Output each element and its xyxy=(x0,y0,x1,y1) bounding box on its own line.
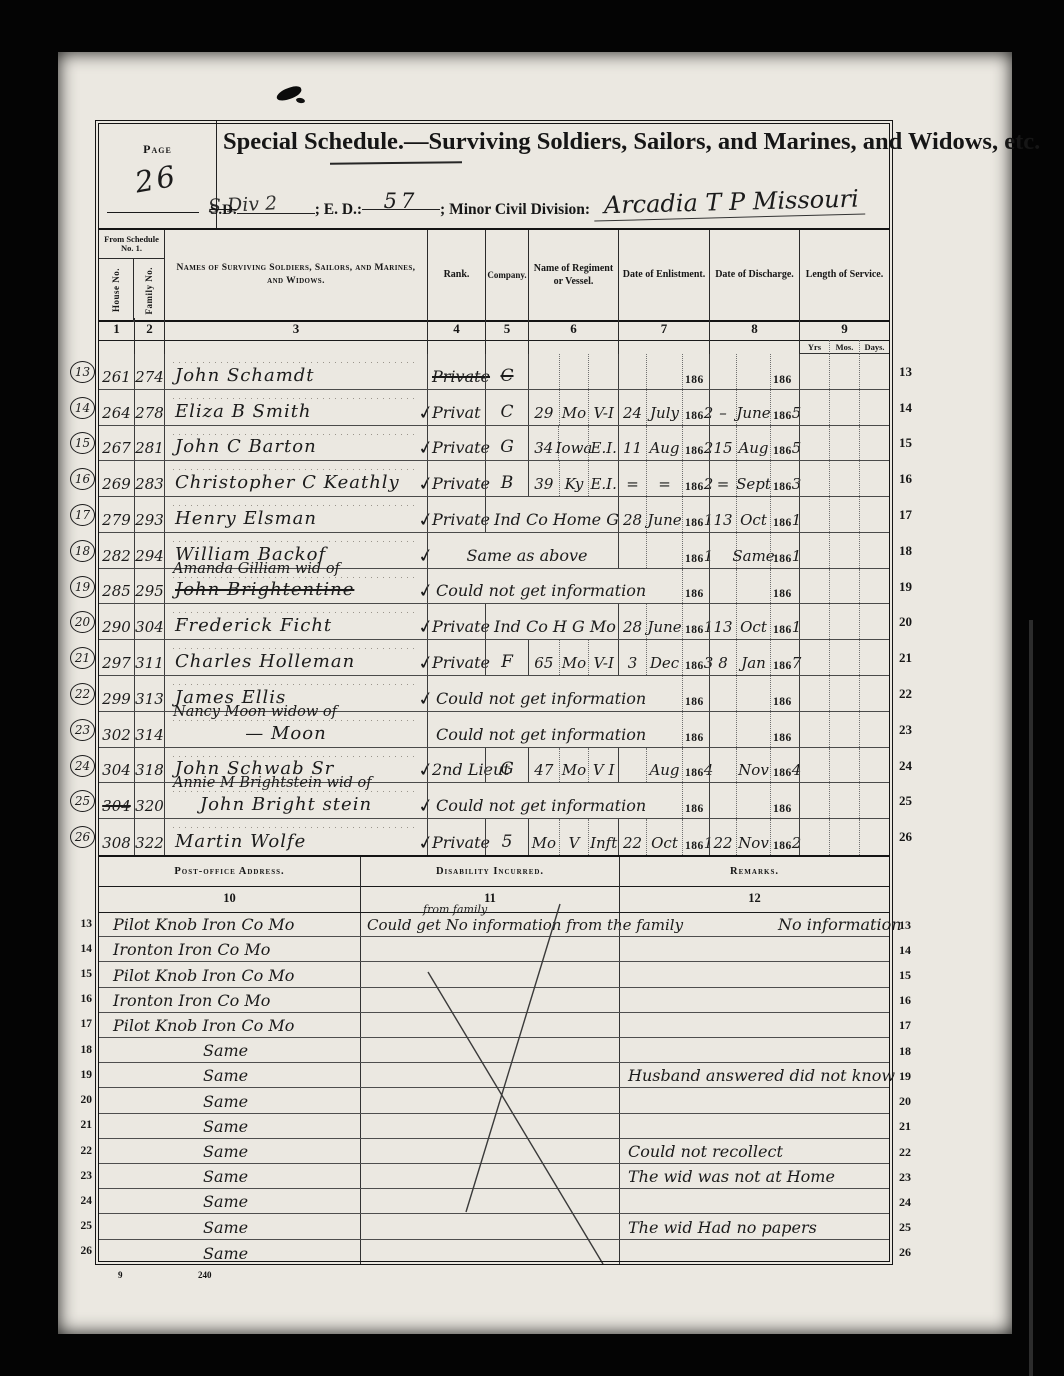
disability-cell xyxy=(360,1013,619,1037)
house-no-cell: 297 xyxy=(99,640,134,675)
remarks: No information xyxy=(778,915,902,934)
family-no-cell: 320 xyxy=(134,783,164,818)
company-header: Company. xyxy=(485,230,528,320)
company: G xyxy=(500,759,514,779)
discharge-year-printed: 186 xyxy=(773,517,792,529)
house-no-cell: 299 xyxy=(99,676,134,711)
enlist-month-cell: Aug xyxy=(646,426,682,461)
discharge-year-cell: 186 xyxy=(770,569,799,604)
house-no: 299 xyxy=(102,690,131,708)
house-no-cell: 264 xyxy=(99,390,134,425)
row-number-circled: 17 xyxy=(70,504,95,526)
enlist-month-cell: = xyxy=(646,461,682,496)
service-cell xyxy=(859,426,889,461)
enlist-day-cell xyxy=(618,354,646,389)
family-no: 314 xyxy=(135,726,164,744)
discharge-day-cell: 8 xyxy=(709,640,736,675)
enlist-year-printed: 186 xyxy=(685,840,704,852)
rank: Private xyxy=(428,653,490,672)
discharge-year-cell: 186 xyxy=(770,783,799,818)
schedule-title: Special Schedule.—Surviving Soldiers, Sa… xyxy=(223,128,883,156)
soldier-name: Christopher C Keathly xyxy=(175,472,400,493)
regiment-text: 34 xyxy=(534,439,553,457)
soldier-row: 269283Christopher C Keathly✓PrivateB39Ky… xyxy=(99,461,889,497)
regiment-part xyxy=(588,354,618,389)
service-sub-yrs: Yrs xyxy=(799,340,829,354)
spacer xyxy=(709,340,799,354)
discharge-year-printed: 186 xyxy=(773,767,792,779)
disability-header: Disability Incurred. xyxy=(360,857,619,886)
company: F xyxy=(501,652,513,672)
house-no: 264 xyxy=(102,404,131,422)
enlist-month: July xyxy=(650,404,679,422)
family-no: 294 xyxy=(135,547,164,565)
regiment-part: V-I xyxy=(588,640,618,675)
row-number-left: 14 xyxy=(74,943,92,955)
regiment-part: 34 xyxy=(529,426,558,461)
family-no-cell: 295 xyxy=(134,569,164,604)
row-number-right: 20 xyxy=(899,1094,921,1109)
house-no-cell: 261 xyxy=(99,354,134,389)
discharge-year-printed: 186 xyxy=(773,588,792,600)
house-no: 302 xyxy=(102,726,131,744)
page-number-handwritten: 26 xyxy=(132,159,180,200)
discharge-day-cell xyxy=(709,676,736,711)
enlist-year-printed: 186 xyxy=(685,803,704,815)
name-cell: Amanda Gilliam wid ofJohn Brightentine✓ xyxy=(164,569,427,604)
service-cell xyxy=(829,533,859,568)
discharge-year-printed: 186 xyxy=(773,803,792,815)
discharge-month: Aug xyxy=(738,439,768,457)
house-no: 269 xyxy=(102,475,131,493)
row-number-left: 15 xyxy=(74,968,92,980)
address-row: SameThe wid was not at Home xyxy=(99,1164,889,1189)
span-text: Could not get information xyxy=(436,725,646,744)
discharge-year-printed: 186 xyxy=(773,624,792,636)
address-cell: Same xyxy=(99,1063,360,1087)
rank: Private xyxy=(428,833,490,852)
soldier-name: John Brightentine xyxy=(175,579,354,600)
remarks-cell xyxy=(619,988,889,1012)
discharge-year-printed: 186 xyxy=(773,732,792,744)
spacer xyxy=(134,340,164,354)
col-number-9: 9 xyxy=(799,318,889,340)
disability-cell xyxy=(360,962,619,986)
disability-cell xyxy=(360,1088,619,1112)
discharge-month: Nov xyxy=(738,761,769,779)
row-number-circled: 19 xyxy=(70,576,95,598)
ink-smudge-small xyxy=(296,97,306,104)
service-sub-days: Days. xyxy=(859,340,889,354)
regiment-cell: 47MoV I xyxy=(528,748,618,783)
soldier-rows: 261274John SchamdtPrivateC186186264278El… xyxy=(99,354,889,855)
disability-cell xyxy=(360,937,619,961)
sd-group: S.D.S Div 2 xyxy=(210,202,237,218)
house-no-cell: 285 xyxy=(99,569,134,604)
address-row: Ironton Iron Co Mo xyxy=(99,937,889,962)
name-cell: Eliza B Smith✓ xyxy=(164,390,427,425)
service-cell xyxy=(859,497,889,532)
family-no-cell: 304 xyxy=(134,604,164,639)
service-sub-mos: Mos. xyxy=(829,340,859,354)
regiment-text: Mo xyxy=(562,654,586,672)
family-no: 274 xyxy=(135,368,164,386)
discharge-year-cell: 186 xyxy=(770,712,799,747)
enlist-month-cell: July xyxy=(646,390,682,425)
row-number-right: 26 xyxy=(899,829,921,845)
row-number-left: 18 xyxy=(74,1044,92,1056)
discharge-year-printed: 186 xyxy=(773,481,792,493)
discharge-month: Jan xyxy=(741,654,766,672)
row-number-circled: 14 xyxy=(70,397,95,419)
remarks-cell xyxy=(619,937,889,961)
rank: Private xyxy=(428,438,490,457)
discharge-day: 22 xyxy=(713,834,732,852)
house-no: 304 xyxy=(102,797,131,815)
regiment-part: 39 xyxy=(529,461,559,496)
row-number-right: 22 xyxy=(899,686,921,702)
spacer xyxy=(99,340,134,354)
address: Same xyxy=(203,1117,248,1136)
address: Same xyxy=(203,1192,248,1211)
address: Ironton Iron Co Mo xyxy=(113,991,270,1010)
enlist-day-cell: 11 xyxy=(618,426,646,461)
regiment-text: V xyxy=(569,834,580,852)
ed-underline: 57 xyxy=(362,195,440,210)
span-text: Ind Co Home G xyxy=(494,510,619,529)
enlist-day: 3 xyxy=(628,654,638,672)
remarks: Husband answered did not know xyxy=(628,1066,895,1085)
company-cell: G xyxy=(485,426,528,461)
house-no-cell: 308 xyxy=(99,819,134,855)
discharge-month-cell: June xyxy=(736,390,770,425)
regiment-label: Name of Regiment or Vessel. xyxy=(531,262,616,289)
name-cell: Martin Wolfe✓ xyxy=(164,819,427,855)
spacer xyxy=(618,340,709,354)
house-no: 285 xyxy=(102,582,131,600)
address: Pilot Knob Iron Co Mo xyxy=(113,915,294,934)
span-text: Same as above xyxy=(467,546,588,565)
remarks-cell xyxy=(619,1038,889,1062)
regiment-text: V-I xyxy=(593,654,613,672)
regiment-text: E.I. xyxy=(590,475,616,493)
enlist-day: 24 xyxy=(623,404,642,422)
scan-edge-artifact xyxy=(1029,620,1033,1376)
regiment-part: E.I. xyxy=(588,426,618,461)
name-cell: Christopher C Keathly✓ xyxy=(164,461,427,496)
title-rule xyxy=(330,161,462,164)
col-number-11: 11 xyxy=(360,884,619,912)
enlist-month-cell xyxy=(646,354,682,389)
discharge-day: 15 xyxy=(713,439,732,457)
page-number-line xyxy=(107,212,199,213)
house-no-cell: 267 xyxy=(99,426,134,461)
remarks-cell xyxy=(619,1114,889,1138)
service-cell xyxy=(829,569,859,604)
service-cell xyxy=(799,604,829,639)
row-number-circled: 18 xyxy=(70,540,95,562)
widow-of-line: Annie M Brightstein wid of xyxy=(173,775,372,791)
discharge-month-cell: Jan xyxy=(736,640,770,675)
regiment-text: Mo xyxy=(532,834,556,852)
service-header: Length of Service. xyxy=(799,230,889,320)
discharge-year-printed: 186 xyxy=(773,696,792,708)
row-number-right: 18 xyxy=(899,1044,921,1059)
row-number-circled: 23 xyxy=(70,719,95,741)
discharge-month-cell: Sept xyxy=(736,461,770,496)
family-no-label: Family No. xyxy=(144,267,154,315)
address-cell: Pilot Knob Iron Co Mo xyxy=(99,962,360,986)
rank-cell: Private xyxy=(427,426,485,461)
regiment-part: 29 xyxy=(529,390,559,425)
house-no-cell: 290 xyxy=(99,604,134,639)
address: Same xyxy=(203,1167,248,1186)
regiment-part: Mo xyxy=(559,390,589,425)
disability-cell xyxy=(360,1114,619,1138)
discharge-month: Oct xyxy=(740,618,767,636)
row-number-right: 23 xyxy=(899,1170,921,1185)
row-number-right: 24 xyxy=(899,758,921,774)
regiment-cell xyxy=(528,354,618,389)
enlist-day: 11 xyxy=(623,439,642,457)
company-cell: C xyxy=(485,354,528,389)
service-cell xyxy=(859,461,889,496)
regiment-text: Iowa xyxy=(556,439,593,457)
regiment-text: Mo xyxy=(562,761,586,779)
house-no-cell: 304 xyxy=(99,783,134,818)
service-cell xyxy=(859,640,889,675)
company-cell: B xyxy=(485,461,528,496)
soldier-row: 264278Eliza B Smith✓PrivatC29MoV-I24July… xyxy=(99,390,889,426)
same-as-above-span: Same as above xyxy=(427,533,618,568)
discharge-year-cell: 186 xyxy=(770,354,799,389)
discharge-month: Sept xyxy=(736,475,771,493)
discharge-month-cell xyxy=(736,712,770,747)
regiment-span: Ind Co Home G xyxy=(485,497,618,532)
regiment-part: E.I. xyxy=(588,461,618,496)
soldier-name: Charles Holleman xyxy=(175,651,355,672)
span-text: Ind Co H G Mo xyxy=(494,617,616,636)
col-number-1: 1 xyxy=(99,318,134,340)
row-number-left: 24 xyxy=(74,1195,92,1207)
row-number-right: 16 xyxy=(899,471,921,487)
enlist-year-cell: 1861 xyxy=(682,533,709,568)
remarks-cell xyxy=(619,1013,889,1037)
row-number-right: 25 xyxy=(899,1220,921,1235)
row-number-left: 25 xyxy=(74,1220,92,1232)
discharge-year-printed: 186 xyxy=(773,410,792,422)
enlist-year-printed: 186 xyxy=(685,517,704,529)
address-row: Same xyxy=(99,1114,889,1139)
regiment-cell: 65MoV-I xyxy=(528,640,618,675)
rank: Private xyxy=(428,617,490,636)
rank-cell: Private xyxy=(427,497,485,532)
rank-cell: Private xyxy=(427,640,485,675)
disability-cell xyxy=(360,1139,619,1163)
discharge-day-cell: 13 xyxy=(709,604,736,639)
discharge-day-cell: = xyxy=(709,461,736,496)
enlist-year-cell: 1862 xyxy=(682,461,709,496)
rank-cell: 2nd Lieut xyxy=(427,748,485,783)
family-no-cell: 281 xyxy=(134,426,164,461)
row-number-right: 21 xyxy=(899,650,921,666)
enlist-day-cell: 22 xyxy=(618,819,646,855)
enlist-year-printed: 186 xyxy=(685,767,704,779)
row-number-right: 13 xyxy=(899,364,921,380)
row-number-right: 19 xyxy=(899,1069,921,1084)
enlist-year-printed: 186 xyxy=(685,445,704,457)
address-row: Same xyxy=(99,1189,889,1214)
enlist-year-printed: 186 xyxy=(685,732,704,744)
remarks-cell xyxy=(619,1189,889,1213)
service-cell xyxy=(799,748,829,783)
service-cell xyxy=(829,712,859,747)
col-number-3: 3 xyxy=(164,318,427,340)
rank-label: Rank. xyxy=(444,268,470,282)
page-number-box: Page 26 xyxy=(99,120,217,228)
row-number-circled: 25 xyxy=(70,790,95,812)
regiment-text: 29 xyxy=(534,404,553,422)
enlistment-label: Date of Enlistment. xyxy=(623,268,706,282)
row-number-right: 15 xyxy=(899,435,921,451)
address: Same xyxy=(203,1142,248,1161)
service-cell xyxy=(859,354,889,389)
address: Ironton Iron Co Mo xyxy=(113,940,270,959)
disability-cell xyxy=(360,1240,619,1265)
disability-cell xyxy=(360,1214,619,1238)
address-header: Post-office Address. xyxy=(99,857,360,886)
enlist-day: = xyxy=(626,475,639,493)
enlist-month: Dec xyxy=(650,654,679,672)
span-text: Could not get information xyxy=(436,689,646,708)
service-cell xyxy=(829,604,859,639)
service-cell xyxy=(829,354,859,389)
row-number-circled: 21 xyxy=(70,647,95,669)
service-cell xyxy=(829,819,859,855)
service-cell xyxy=(829,426,859,461)
no-information-span: Could not get information xyxy=(427,569,682,604)
service-cell xyxy=(859,533,889,568)
enlist-year-cell: 1862 xyxy=(682,426,709,461)
soldier-name: Martin Wolfe xyxy=(175,831,306,852)
enlist-day-cell: 28 xyxy=(618,497,646,532)
regiment-part: Inft xyxy=(588,819,618,855)
enlist-month-cell: June xyxy=(646,497,682,532)
discharge-month: Same xyxy=(732,547,774,565)
company-cell: 5 xyxy=(485,819,528,855)
discharge-day-cell: 22 xyxy=(709,819,736,855)
row-number-left: 17 xyxy=(74,1018,92,1030)
row-number-right: 17 xyxy=(899,1018,921,1033)
house-no-cell: 279 xyxy=(99,497,134,532)
soldier-row: 261274John SchamdtPrivateC186186 xyxy=(99,354,889,390)
no-information-span: Could not get information xyxy=(427,783,682,818)
discharge-day: – xyxy=(719,404,727,422)
district-line: S.D.S Div 2; E. D.:57; Minor Civil Divis… xyxy=(210,192,970,222)
address-cell: Same xyxy=(99,1038,360,1062)
address-row: Same xyxy=(99,1088,889,1113)
remarks: The wid was not at Home xyxy=(628,1167,835,1186)
service-cell xyxy=(829,497,859,532)
family-no: 311 xyxy=(135,654,164,672)
col-number-8: 8 xyxy=(709,318,799,340)
row-number-circled: 20 xyxy=(70,611,95,633)
service-cell xyxy=(829,748,859,783)
soldier-row: 267281John C Barton✓PrivateG34IowaE.I.11… xyxy=(99,426,889,462)
row-number-circled: 22 xyxy=(70,683,95,705)
row-number-right: 19 xyxy=(899,579,921,595)
row-number-right: 21 xyxy=(899,1119,921,1134)
span-text: Could not get information xyxy=(436,581,646,600)
row-number-right: 20 xyxy=(899,614,921,630)
discharge-day-cell xyxy=(709,783,736,818)
col-number-10: 10 xyxy=(99,884,360,912)
enlist-day-cell: 24 xyxy=(618,390,646,425)
row-number-right: 25 xyxy=(899,793,921,809)
company: C xyxy=(500,402,513,422)
remarks-cell xyxy=(619,1240,889,1265)
family-no-cell: 278 xyxy=(134,390,164,425)
soldier-row: 290304Frederick Ficht✓PrivateInd Co H G … xyxy=(99,604,889,640)
address-row: SameHusband answered did not know xyxy=(99,1063,889,1088)
soldier-row: 308322Martin Wolfe✓Private5MoVInft22Oct1… xyxy=(99,819,889,855)
rank-cell: Private xyxy=(427,819,485,855)
enlist-day-cell xyxy=(618,533,646,568)
discharge-month-cell: Oct xyxy=(736,497,770,532)
discharge-header: Date of Discharge. xyxy=(709,230,799,320)
address-row: SameCould not recollect xyxy=(99,1139,889,1164)
service-cell xyxy=(859,783,889,818)
discharge-year-cell: 1861 xyxy=(770,497,799,532)
spacer xyxy=(164,340,427,354)
company-label: Company. xyxy=(487,269,526,281)
regiment-header: Name of Regiment or Vessel. xyxy=(528,230,618,320)
enlist-month: Aug xyxy=(649,439,679,457)
service-cell xyxy=(799,426,829,461)
discharge-year-printed: 186 xyxy=(773,553,792,565)
house-no-cell: 304 xyxy=(99,748,134,783)
rank: Privat xyxy=(428,403,481,422)
enlist-day: 28 xyxy=(623,511,642,529)
row-number-left: 26 xyxy=(74,1245,92,1257)
row-number-left: 22 xyxy=(74,1145,92,1157)
address: Same xyxy=(203,1092,248,1111)
discharge-year-cell: 1862 xyxy=(770,819,799,855)
row-number-right: 15 xyxy=(899,968,921,983)
address-cell: Same xyxy=(99,1164,360,1188)
col-number-7: 7 xyxy=(618,318,709,340)
page-label: Page xyxy=(99,142,216,157)
widow-of-line: Nancy Moon widow of xyxy=(173,704,337,720)
regiment-part: 65 xyxy=(529,640,559,675)
address-row: Pilot Knob Iron Co Mo xyxy=(99,962,889,987)
row-number-left: 23 xyxy=(74,1170,92,1182)
discharge-month: June xyxy=(736,404,770,422)
discharge-day: = xyxy=(717,475,730,493)
family-no: 322 xyxy=(135,834,164,852)
discharge-year-cell: 1867 xyxy=(770,640,799,675)
disability-cell xyxy=(360,1164,619,1188)
company: G xyxy=(500,437,514,457)
soldier-name: John Bright stein xyxy=(200,794,402,815)
service-cell xyxy=(799,783,829,818)
house-no: 261 xyxy=(102,368,131,386)
family-no-cell: 314 xyxy=(134,712,164,747)
ed-value: 57 xyxy=(384,189,419,213)
address: Same xyxy=(203,1244,248,1263)
company-cell: F xyxy=(485,640,528,675)
discharge-day-cell: 13 xyxy=(709,497,736,532)
